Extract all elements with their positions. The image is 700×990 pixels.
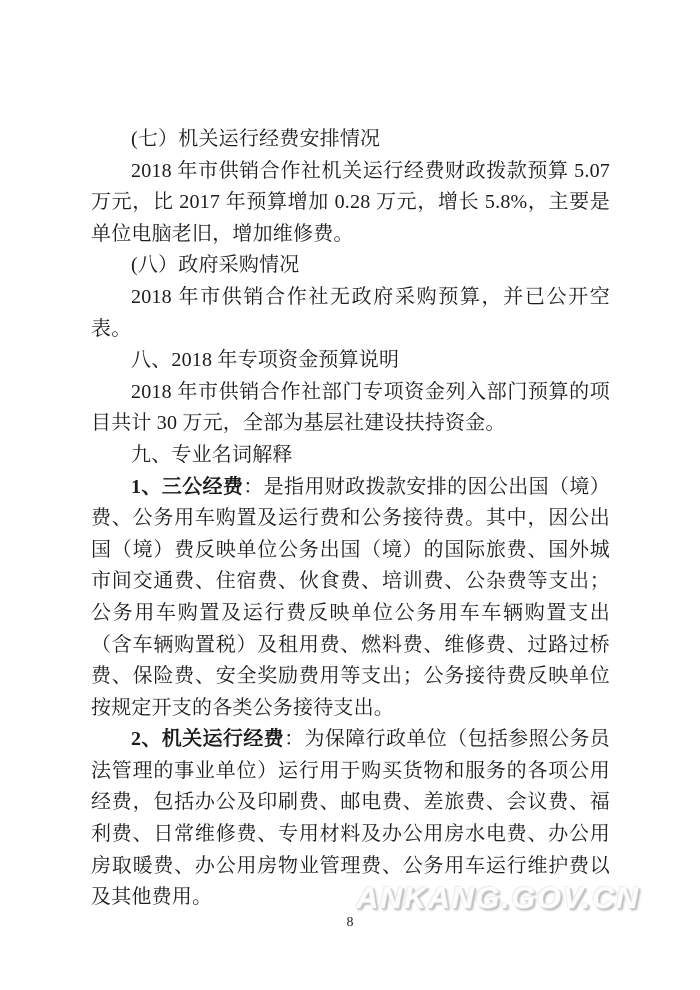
section-heading-8: (八）政府采购情况	[91, 250, 610, 282]
document-page: (七）机关运行经费安排情况 2018 年市供销合作社机关运行经费财政拨款预算 5…	[0, 0, 700, 990]
term-label-operating-funds: 2、机关运行经费	[131, 728, 284, 750]
term-text-sangong: ：是指用财政拨款安排的因公出国（境）费、公务用车购置及运行费和公务接待费。其中，…	[91, 476, 610, 719]
section-heading-7: (七）机关运行经费安排情况	[91, 124, 610, 156]
page-number: 8	[0, 915, 700, 931]
section-heading-special-funds: 八、2018 年专项资金预算说明	[91, 345, 610, 377]
term-label-sangong: 1、三公经费	[131, 476, 243, 498]
document-body: (七）机关运行经费安排情况 2018 年市供销合作社机关运行经费财政拨款预算 5…	[91, 124, 610, 914]
paragraph-operating-funds: 2018 年市供销合作社机关运行经费财政拨款预算 5.07 万元，比 2017 …	[91, 156, 610, 251]
paragraph-special-funds: 2018 年市供销合作社部门专项资金列入部门预算的项目共计 30 万元，全部为基…	[91, 377, 610, 440]
paragraph-procurement: 2018 年市供销合作社无政府采购预算，并已公开空表。	[91, 282, 610, 345]
section-heading-glossary: 九、专业名词解释	[91, 440, 610, 472]
term-definition-sangong: 1、三公经费：是指用财政拨款安排的因公出国（境）费、公务用车购置及运行费和公务接…	[91, 472, 610, 725]
ankang-gov-watermark: ANKANG.GOV.CN	[356, 880, 640, 916]
